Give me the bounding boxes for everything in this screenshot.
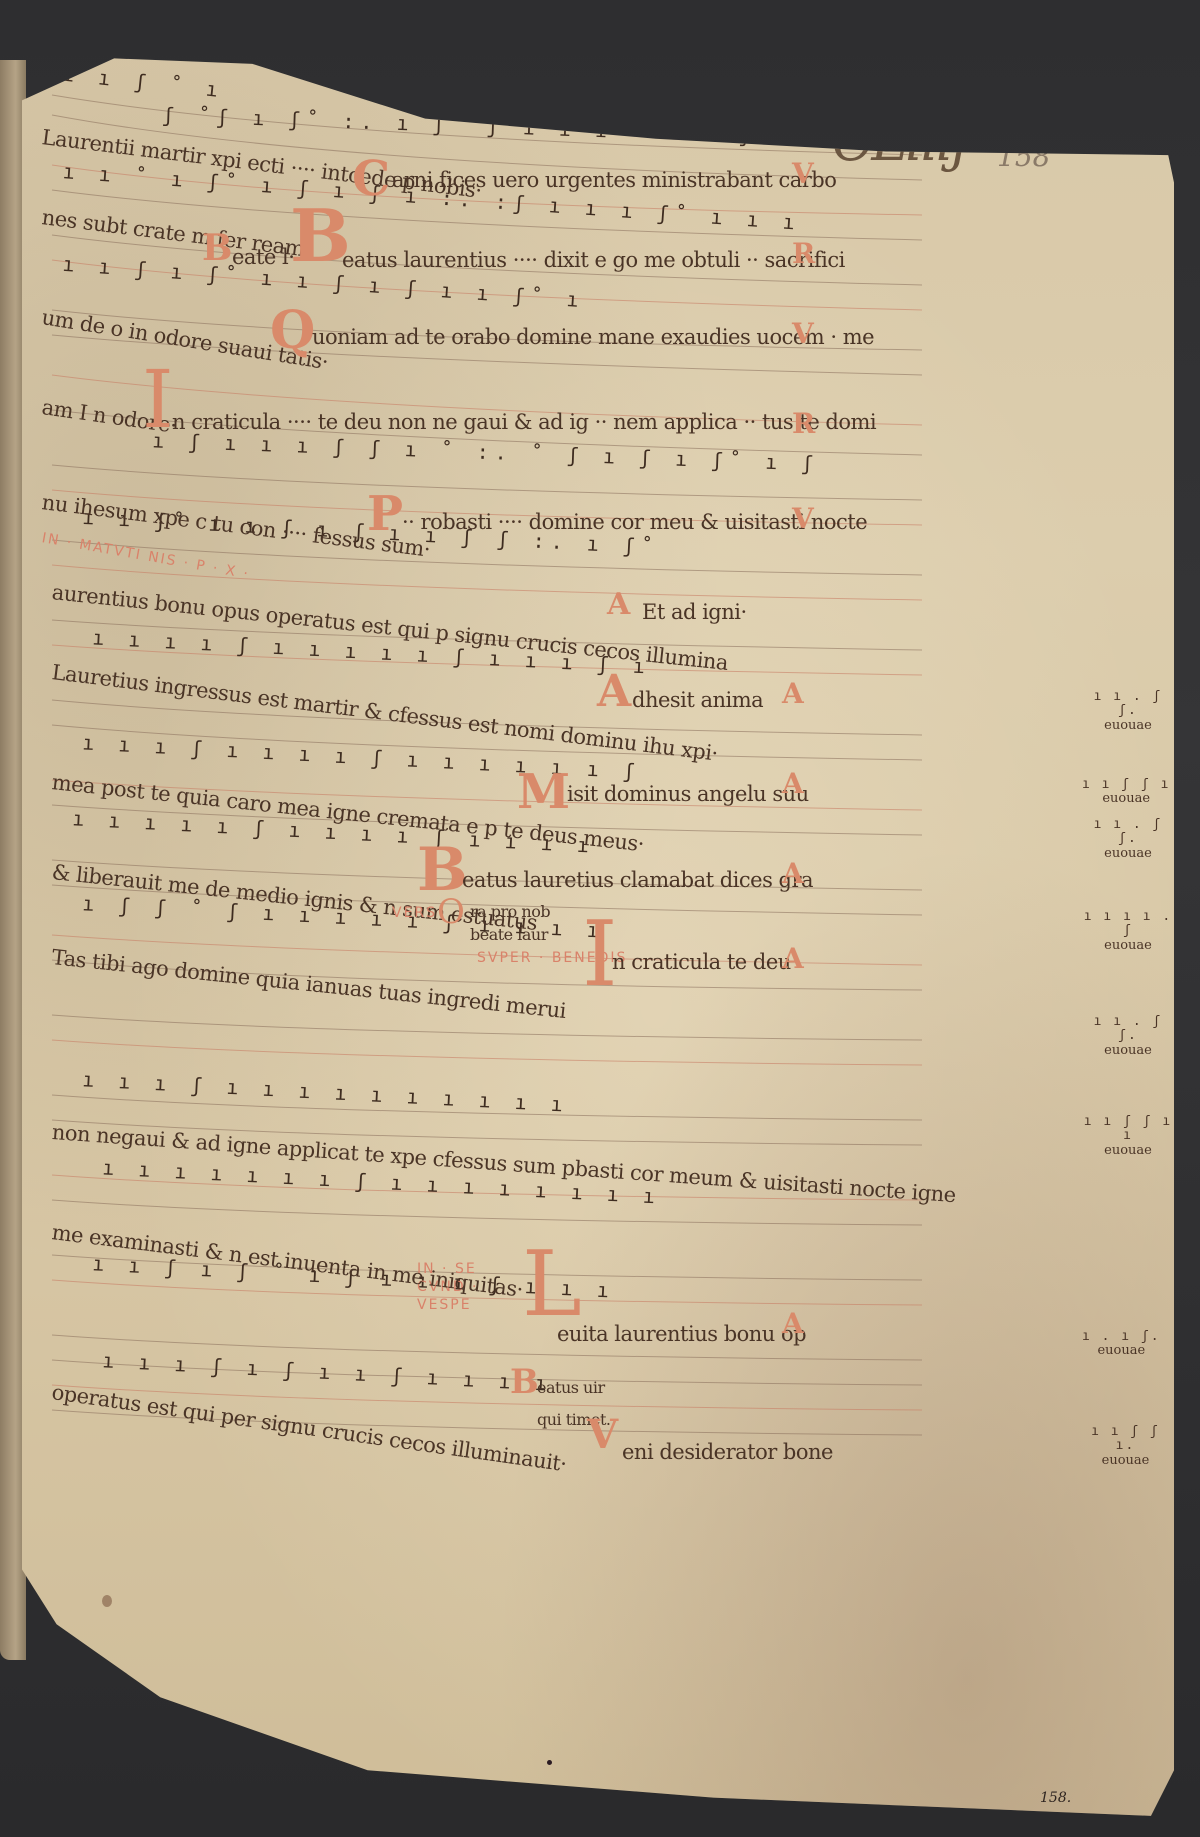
margin-differentia: ı ı . ʃ ʃ.euouae: [1082, 818, 1174, 861]
red-initial-b: B: [510, 1365, 539, 1399]
antiphon-marker: A: [782, 860, 804, 888]
margin-differentia: ı ı ı ı . ʃeuouae: [1082, 910, 1174, 953]
red-initial: Q: [270, 305, 315, 357]
versus-marker: V: [792, 320, 814, 348]
folio-bottom-number: 158.: [1040, 1790, 1071, 1806]
red-initial: M: [517, 768, 570, 816]
text-line: eate l·: [232, 245, 294, 269]
text-line: isit dominus angelu suu: [567, 782, 809, 806]
versus-marker: V: [792, 505, 814, 533]
text-line: dhesit anima: [632, 688, 763, 712]
antiphon-marker: A: [782, 1310, 804, 1338]
text-line: euita laurentius bonu op: [557, 1322, 806, 1346]
antiphon-marker: A: [782, 770, 804, 798]
red-initial: V: [587, 1415, 618, 1455]
margin-differentia: ı ı ʃ ʃ ıeuouae: [1082, 778, 1170, 807]
red-initial: P: [367, 490, 403, 538]
text-line: eatus laurentius ···· dixit e go me obtu…: [342, 248, 845, 272]
antiphon-marker: A: [607, 590, 630, 620]
margin-differentia: ı ı . ʃ ʃ.euouae: [1082, 1015, 1174, 1058]
margin-differentia: ı ı . ʃ ʃ.euouae: [1082, 690, 1174, 733]
text-line: arni fices uero urgentes ministrabant ca…: [392, 168, 836, 192]
ink-dot: [547, 1760, 552, 1765]
rubric-versus: VERS: [392, 905, 437, 921]
red-initial-o: O: [437, 895, 465, 929]
red-initial: L: [522, 1240, 582, 1330]
versicle-text: ra pro nob: [470, 902, 550, 921]
responsory-marker: R: [792, 240, 815, 268]
margin-differentia: ı ı ʃ ʃ ı ıeuouae: [1082, 1115, 1174, 1158]
ink-stain: [102, 1595, 112, 1607]
versicle-text: beate laur: [470, 925, 548, 944]
red-initial: B: [417, 840, 468, 900]
text-line: eatus lauretius clamabat dices gra: [462, 868, 813, 892]
text-line: uoniam ad te orabo domine mane exaudies …: [312, 325, 874, 349]
text-line: n craticula te deu: [612, 950, 791, 974]
text-line: eni desiderator bone: [622, 1440, 833, 1464]
responsory-marker: R: [792, 410, 815, 438]
manuscript-folio: CLiiij 158 158. ı ı ʃ ˚ ı ʃ ˚ʃ ı ʃ˚ :. ı…: [22, 0, 1174, 1825]
red-initial: B: [202, 230, 232, 266]
psalm-incipit: eatus uir: [537, 1378, 605, 1397]
text-line: n craticula ···· te deu non ne gaui & ad…: [172, 410, 876, 434]
antiphon-marker: A: [782, 680, 804, 708]
antiphon-marker: A: [782, 945, 804, 973]
red-initial: C: [352, 155, 390, 203]
text-line: Et ad igni·: [642, 600, 747, 624]
margin-differentia: ı . ı ʃ.euouae: [1082, 1330, 1161, 1359]
red-initial: A: [597, 670, 631, 714]
margin-differentia: ı ı ʃ ʃ ı.euouae: [1077, 1425, 1174, 1468]
red-initial: I: [142, 360, 174, 440]
versus-marker: V: [792, 160, 814, 188]
